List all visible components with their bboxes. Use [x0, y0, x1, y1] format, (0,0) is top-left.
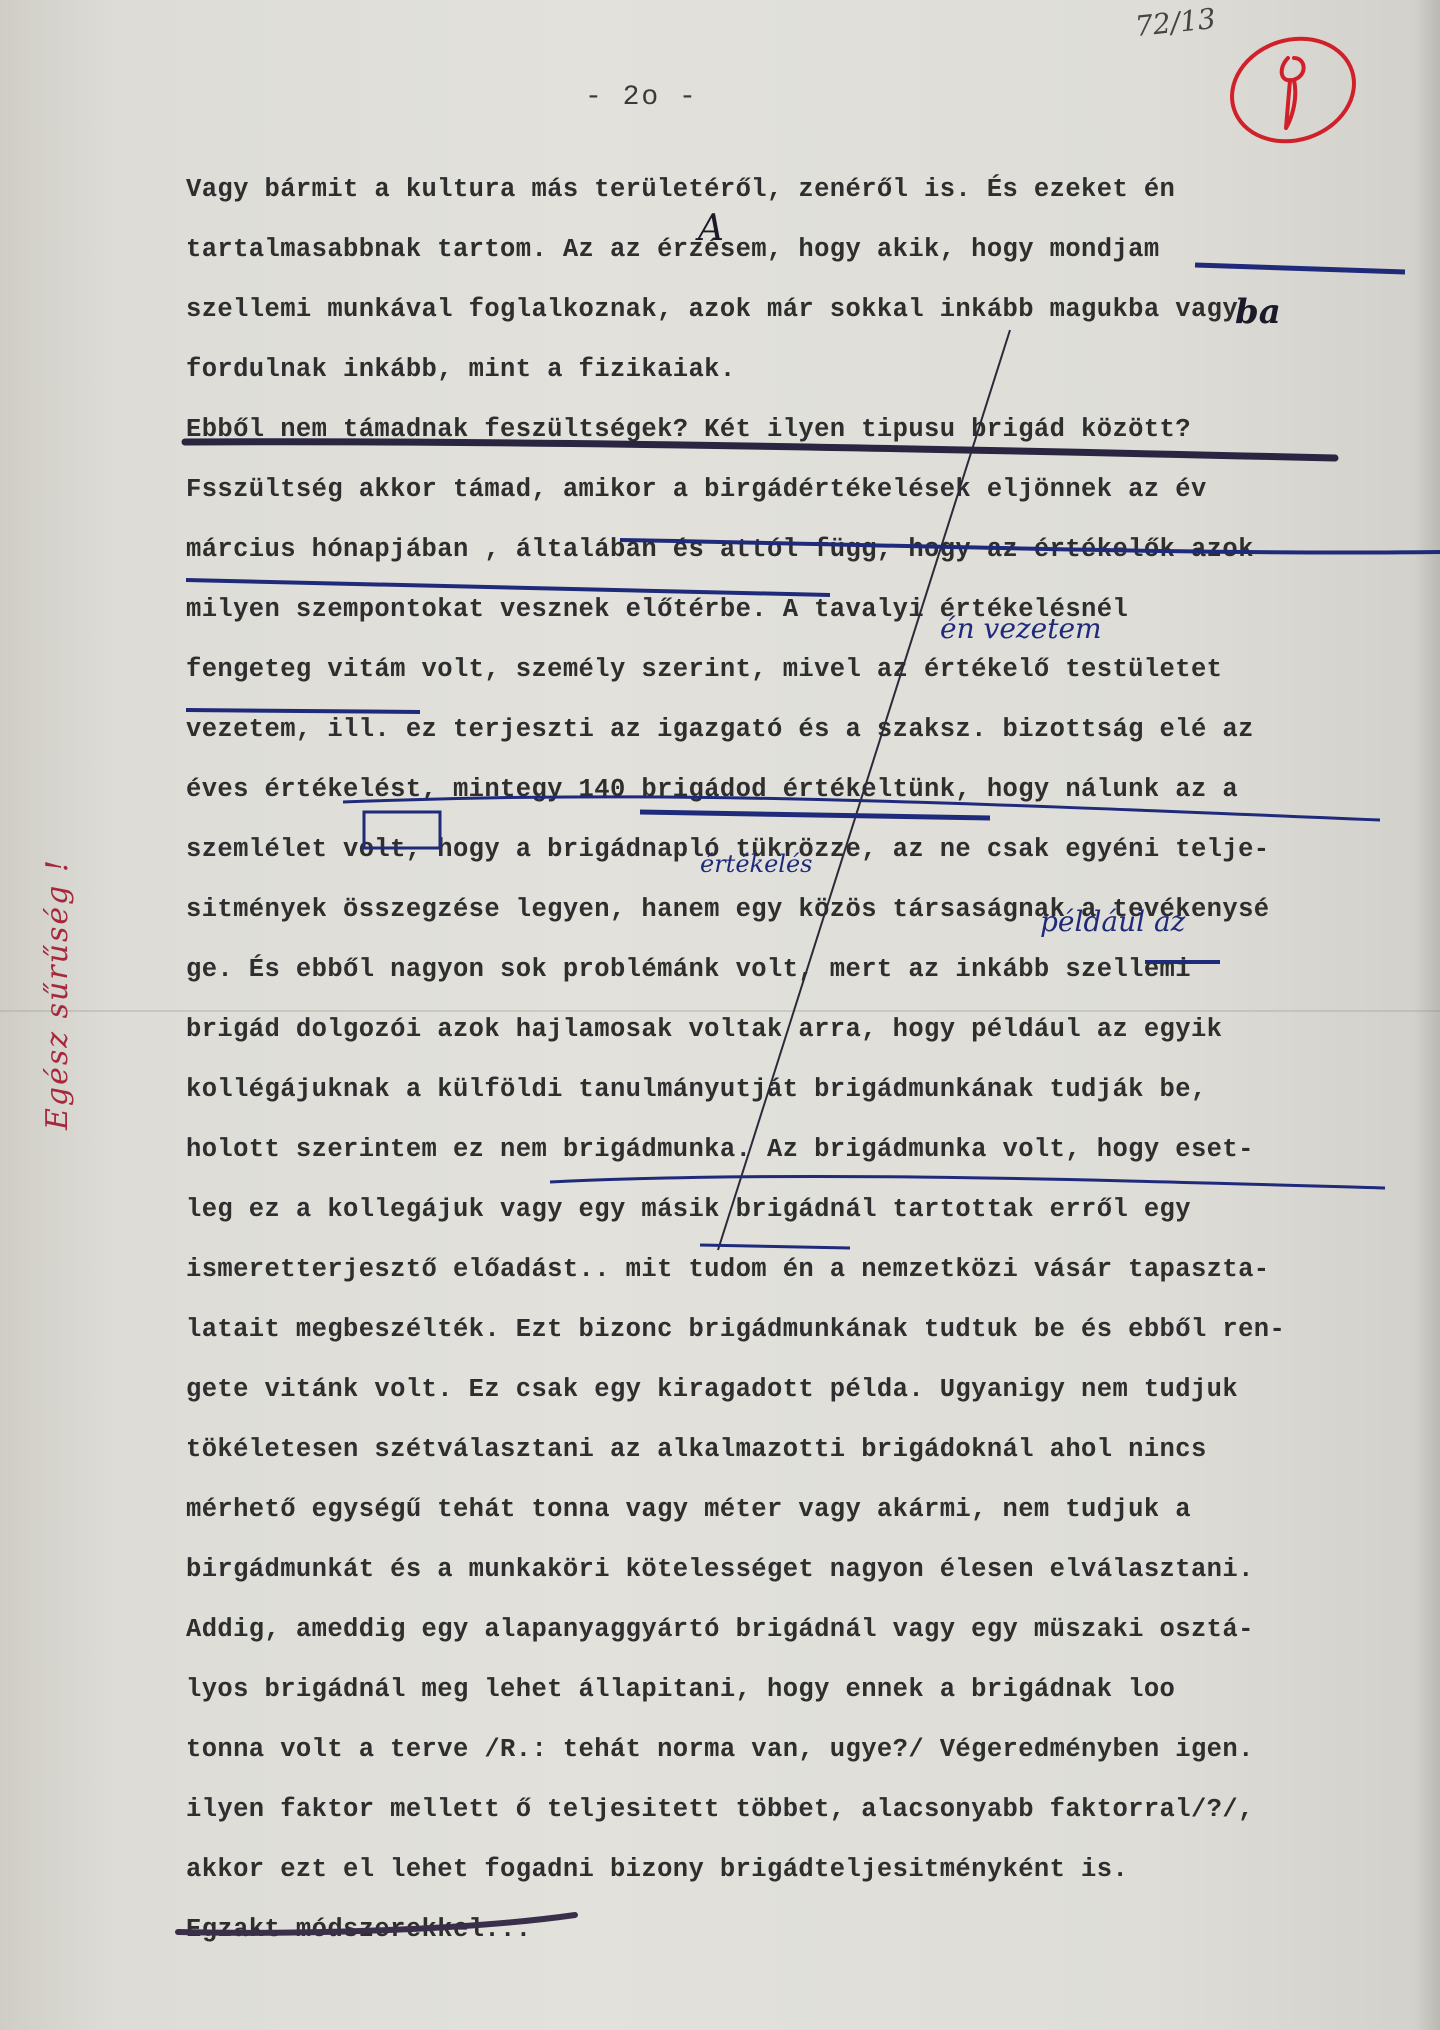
typed-line: vezetem, ill. ez terjeszti az igazgató é…: [186, 700, 1436, 760]
typed-line: birgádmunkát és a munkaköri kötelességet…: [186, 1540, 1436, 1600]
typed-line: lyos brigádnál meg lehet állapitani, hog…: [186, 1660, 1436, 1720]
typed-line: tonna volt a terve /R.: tehát norma van,…: [186, 1720, 1436, 1780]
handwritten-note-peldaul-az: például az: [1040, 905, 1185, 938]
typed-line: Ebből nem támadnak feszültségek? Két ily…: [186, 400, 1436, 460]
typed-line: ge. És ebből nagyon sok problémánk volt,…: [186, 940, 1436, 1000]
typed-line: Addig, ameddig egy alapanyaggyártó brigá…: [186, 1600, 1436, 1660]
red-circled-mark-icon: [1218, 28, 1368, 148]
typed-line: latait megbeszélték. Ezt bizonc brigádmu…: [186, 1300, 1436, 1360]
handwritten-note-A: A: [698, 208, 724, 249]
handwritten-note-en-vezetem: én vezetem: [940, 612, 1102, 645]
document-page: 72/13 - 2o - Vagy bármit a kultura más t…: [0, 0, 1440, 2030]
typed-line: holott szerintem ez nem brigádmunka. Az …: [186, 1120, 1436, 1180]
typed-line: március hónapjában , általában és attól …: [186, 520, 1436, 580]
typed-line: ismeretterjesztő előadást.. mit tudom én…: [186, 1240, 1436, 1300]
typed-line: tökéletesen szétválasztani az alkalmazot…: [186, 1420, 1436, 1480]
typed-line: éves értékelést, mintegy 140 brigádod ér…: [186, 760, 1436, 820]
archive-code: 72/13: [1133, 2, 1217, 43]
typed-line: brigád dolgozói azok hajlamosak voltak a…: [186, 1000, 1436, 1060]
typed-body: Vagy bármit a kultura más területéről, z…: [186, 160, 1436, 1960]
typed-line: tartalmasabbnak tartom. Az az érzésem, h…: [186, 220, 1436, 280]
typed-line: sitmények összegzése legyen, hanem egy k…: [186, 880, 1436, 940]
page-number: - 2o -: [585, 82, 698, 113]
typed-line: ilyen faktor mellett ő teljesitett többe…: [186, 1780, 1436, 1840]
typed-line: fengeteg vitám volt, személy szerint, mi…: [186, 640, 1436, 700]
typed-line: leg ez a kollegájuk vagy egy másik brigá…: [186, 1180, 1436, 1240]
typed-line: gete vitánk volt. Ez csak egy kiragadott…: [186, 1360, 1436, 1420]
typed-line: Egzakt módszerekkel...: [186, 1900, 1436, 1960]
margin-note: Egész sűrűség !: [40, 858, 75, 1130]
typed-line: Fsszültség akkor támad, amikor a birgádé…: [186, 460, 1436, 520]
typed-line: milyen szempontokat vesznek előtérbe. A …: [186, 580, 1436, 640]
typed-line: fordulnak inkább, mint a fizikaiak.: [186, 340, 1436, 400]
typed-line: Vagy bármit a kultura más területéről, z…: [186, 160, 1436, 220]
typed-line: mérhető egységű tehát tonna vagy méter v…: [186, 1480, 1436, 1540]
handwritten-note-ertekeles: értékelés: [700, 850, 812, 878]
typed-line: kollégájuknak a külföldi tanulmányutját …: [186, 1060, 1436, 1120]
typed-line: akkor ezt el lehet fogadni bizony brigád…: [186, 1840, 1436, 1900]
handwritten-note-ba: ba: [1235, 292, 1281, 332]
